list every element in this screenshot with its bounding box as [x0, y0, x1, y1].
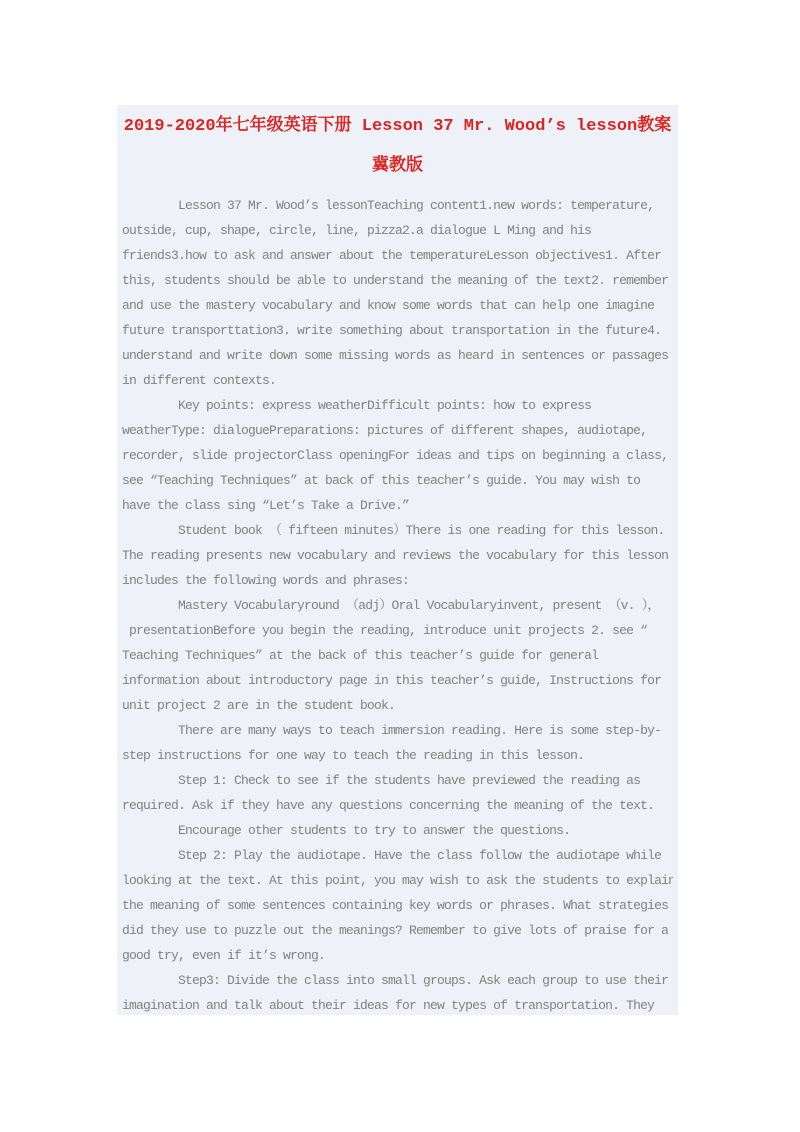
text-line: in different contexts.: [122, 368, 673, 393]
document-canvas: 2019-2020年七年级英语下册 Lesson 37 Mr. Wood’s l…: [0, 0, 800, 1132]
text-line: imagination and talk about their ideas f…: [122, 993, 673, 1018]
document-page: 2019-2020年七年级英语下册 Lesson 37 Mr. Wood’s l…: [117, 105, 678, 1015]
title-line-1: 2019-2020年七年级英语下册 Lesson 37 Mr. Wood’s l…: [117, 107, 678, 147]
text-line: includes the following words and phrases…: [122, 568, 673, 593]
text-line: Key points: express weatherDifficult poi…: [122, 393, 673, 418]
text-line: and use the mastery vocabulary and know …: [122, 293, 673, 318]
document-body: Lesson 37 Mr. Wood’s lessonTeaching cont…: [117, 193, 678, 1018]
document-title: 2019-2020年七年级英语下册 Lesson 37 Mr. Wood’s l…: [117, 105, 678, 187]
text-line: have the class sing “Let’s Take a Drive.…: [122, 493, 673, 518]
text-line: see “Teaching Techniques” at back of thi…: [122, 468, 673, 493]
text-line: outside, cup, shape, circle, line, pizza…: [122, 218, 673, 243]
text-line: unit project 2 are in the student book.: [122, 693, 673, 718]
text-line: this, students should be able to underst…: [122, 268, 673, 293]
text-line: understand and write down some missing w…: [122, 343, 673, 368]
text-line: future transporttation3. write something…: [122, 318, 673, 343]
text-line: the meaning of some sentences containing…: [122, 893, 673, 918]
text-line: recorder, slide projectorClass openingFo…: [122, 443, 673, 468]
text-line: Lesson 37 Mr. Wood’s lessonTeaching cont…: [122, 193, 673, 218]
text-line: Teaching Techniques” at the back of this…: [122, 643, 673, 668]
text-line: There are many ways to teach immersion r…: [122, 718, 673, 743]
text-line: Mastery Vocabularyround （adj）Oral Vocabu…: [122, 593, 673, 618]
text-line: required. Ask if they have any questions…: [122, 793, 673, 818]
text-line: Step 2: Play the audiotape. Have the cla…: [122, 843, 673, 868]
text-line: good try, even if it’s wrong.: [122, 943, 673, 968]
text-line: Step 1: Check to see if the students hav…: [122, 768, 673, 793]
text-line: presentationBefore you begin the reading…: [122, 618, 673, 643]
text-line: information about introductory page in t…: [122, 668, 673, 693]
text-line: The reading presents new vocabulary and …: [122, 543, 673, 568]
text-line: step instructions for one way to teach t…: [122, 743, 673, 768]
text-line: Student book （ fifteen minutes）There is …: [122, 518, 673, 543]
text-line: did they use to puzzle out the meanings?…: [122, 918, 673, 943]
text-line: looking at the text. At this point, you …: [122, 868, 673, 893]
title-line-2: 冀教版: [117, 147, 678, 187]
text-line: weatherType: dialoguePreparations: pictu…: [122, 418, 673, 443]
text-line: Encourage other students to try to answe…: [122, 818, 673, 843]
text-line: Step3: Divide the class into small group…: [122, 968, 673, 993]
text-line: friends3.how to ask and answer about the…: [122, 243, 673, 268]
